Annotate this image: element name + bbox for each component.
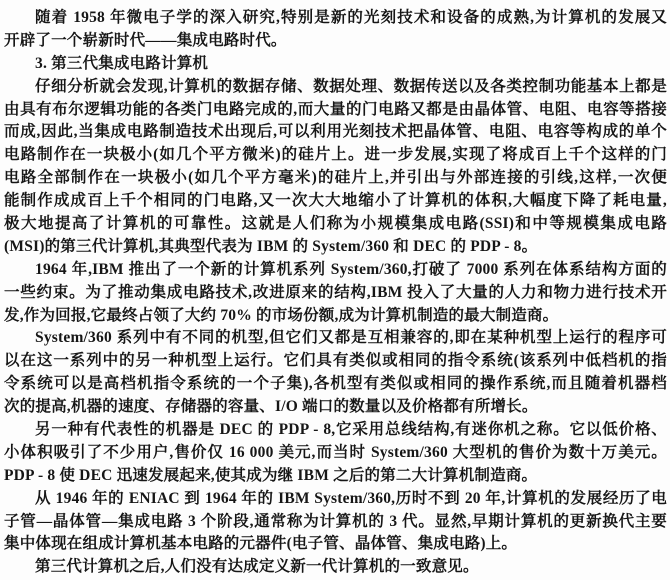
text-line: 随着 1958 年微电子学的深入研究,特别是新的光刻技术和设备的成熟,为计算机的… bbox=[4, 7, 667, 30]
text-line: 极大地提高了计算机的可靠性。这就是人们称为小规模集成电路(SSI)和中等规模集成… bbox=[4, 213, 667, 236]
text-line: 开辟了一个崭新时代——集成电路时代。 bbox=[4, 30, 667, 53]
text-line: 子管—晶体管—集成电路 3 个阶段,通常称为计算机的 3 代。显然,早期计算机的… bbox=[4, 511, 667, 534]
document-page: 随着 1958 年微电子学的深入研究,特别是新的光刻技术和设备的成熟,为计算机的… bbox=[0, 0, 670, 580]
text-line: 1964 年,IBM 推出了一个新的计算机系列 System/360,打破了 7… bbox=[4, 259, 667, 282]
text-line: 仔细分析就会发现,计算机的数据存储、数据处理、数据传送以及各类控制功能基本上都是 bbox=[4, 76, 667, 99]
text-line: 电路全部制作在一块极小(如几个平方毫米)的硅片上,并引出与外部连接的引线,这样,… bbox=[4, 167, 667, 190]
text-line: 一些约束。为了推动集成电路技术,改进原来的结构,IBM 投入了大量的人力和物力进… bbox=[4, 282, 667, 305]
text-line: 能制作成成百上千个相同的门电路,又一次大大地缩小了计算机的体积,大幅度下降了耗电… bbox=[4, 190, 667, 213]
text-line: 从 1946 年的 ENIAC 到 1964 年的 IBM System/360… bbox=[4, 488, 667, 511]
text-line: 小体积吸引了不少用户,售价仅 16 000 美元,而当时 System/360 … bbox=[4, 442, 667, 465]
text-line: 集中体现在组成计算机基本电路的元器件(电子管、晶体管、集成电路)上。 bbox=[4, 533, 667, 556]
text-body: 随着 1958 年微电子学的深入研究,特别是新的光刻技术和设备的成熟,为计算机的… bbox=[4, 7, 667, 579]
text-line: System/360 系列中有不同的机型,但它们又都是互相兼容的,即在某种机型上… bbox=[4, 327, 667, 350]
text-line: PDP - 8 使 DEC 迅速发展起来,使其成为继 IBM 之后的第二大计算机… bbox=[4, 465, 667, 488]
text-line: 而成,因此,当集成电路制造技术出现后,可以利用光刻技术把晶体管、电阻、电容等构成… bbox=[4, 121, 667, 144]
text-line: 电路制作在一块极小(如几个平方微米)的硅片上。进一步发展,实现了将成百上千个这样… bbox=[4, 144, 667, 167]
text-line: 由具有布尔逻辑功能的各类门电路完成的,而大量的门电路又都是由晶体管、电阻、电容等… bbox=[4, 99, 667, 122]
text-line: 令系统可以是高档机指令系统的一个子集),各机型有类似或相同的操作系统,而且随着机… bbox=[4, 373, 667, 396]
text-line: 以在这一系列中的另一种机型上运行。它们具有类似或相同的指令系统(该系列中低档机的… bbox=[4, 350, 667, 373]
text-line: 另一种有代表性的机器是 DEC 的 PDP - 8,它采用总线结构,有迷你机之称… bbox=[4, 419, 667, 442]
text-line: (MSI)的第三代计算机,其典型代表为 IBM 的 System/360 和 D… bbox=[4, 236, 667, 259]
text-line: 次的提高,机器的速度、存储器的容量、I/O 端口的数量以及价格都有所增长。 bbox=[4, 396, 667, 419]
text-line: 发,作为回报,它最终占领了大约 70% 的市场份额,成为计算机制造的最大制造商。 bbox=[4, 305, 667, 328]
section-heading: 3. 第三代集成电路计算机 bbox=[4, 53, 667, 76]
text-line: 第三代计算机之后,人们没有达成定义新一代计算机的一致意见。 bbox=[4, 556, 667, 579]
